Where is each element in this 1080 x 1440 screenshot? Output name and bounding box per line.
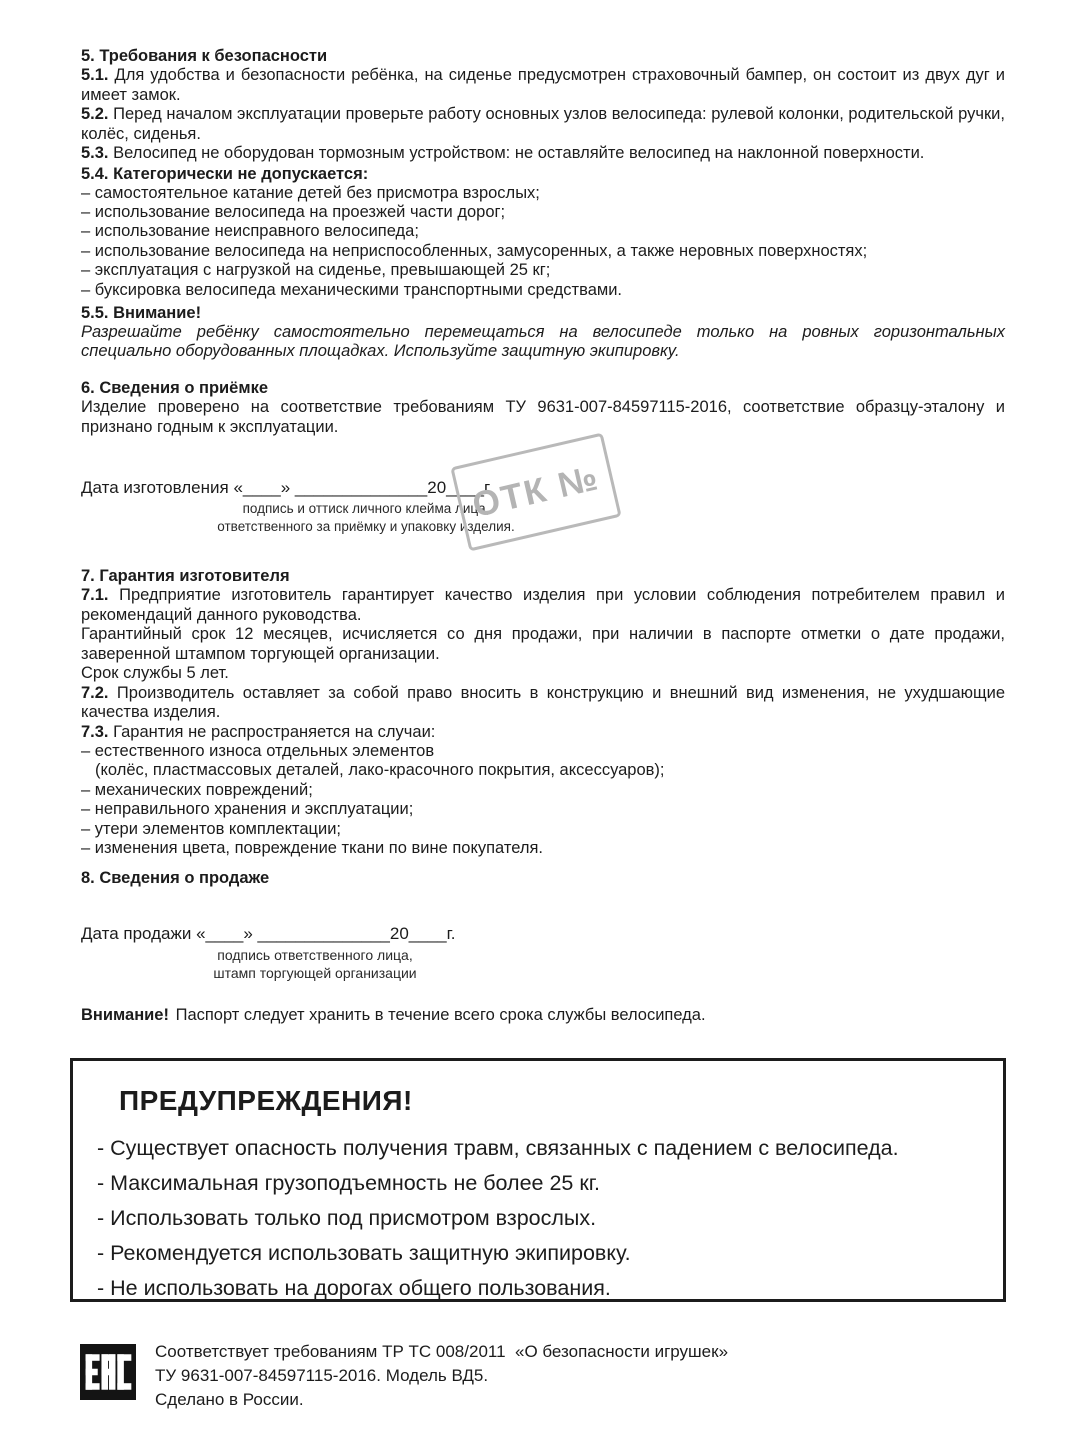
para-5-2-label: 5.2. [81, 105, 109, 123]
para-7-2: 7.2. Производитель оставляет за собой пр… [81, 684, 1005, 723]
list-item: – изменения цвета, повреждение ткани по … [81, 839, 1005, 858]
para-5-1-label: 5.1. [81, 66, 109, 84]
para-7-1-label: 7.1. [81, 586, 109, 604]
para-7-2-label: 7.2. [81, 684, 109, 702]
para-warranty-term: Гарантийный срок 12 месяцев, исчисляется… [81, 625, 1005, 664]
passport-notice: Внимание! Паспорт следует хранить в тече… [81, 1006, 1005, 1026]
section-6-heading: 6. Сведения о приёмке [81, 378, 1005, 398]
para-7-1: 7.1. Предприятие изготовитель гарантируе… [81, 586, 1005, 625]
para-5-2: 5.2. Перед началом эксплуатации проверьт… [81, 105, 1005, 144]
warning-item: - Рекомендуется использовать защитную эк… [97, 1236, 1003, 1271]
notice-label: Внимание! [81, 1006, 169, 1024]
section-8-heading: 8. Сведения о продаже [81, 868, 1005, 888]
para-5-3-label: 5.3. [81, 144, 109, 162]
warnings-list: - Существует опасность получения травм, … [97, 1131, 1003, 1306]
list-item: – механических повреждений; [81, 781, 1005, 800]
warranty-exclusions-list: – естественного износа отдельных элемент… [81, 742, 1005, 858]
warning-item: - Не использовать на дорогах общего поль… [97, 1271, 1003, 1306]
para-5-3: 5.3. Велосипед не оборудован тормозным у… [81, 144, 1005, 164]
list-item-continuation: (колёс, пластмассовых деталей, лако-крас… [81, 761, 1005, 780]
compliance-line-1: Соответствует требованиям ТР ТС 008/2011… [155, 1340, 728, 1364]
sale-date-caption: подпись ответственного лица, штамп торгу… [150, 946, 480, 982]
document-page: 5. Требования к безопасности 5.1. Для уд… [0, 0, 1080, 1440]
list-item: – эксплуатация с нагрузкой на сиденье, п… [81, 261, 1005, 280]
para-7-3-label: 7.3. [81, 723, 109, 741]
list-item: – использование неисправного велосипеда; [81, 222, 1005, 241]
sale-date-line: Дата продажи «____» ______________20____… [81, 924, 1005, 944]
compliance-line-3: Сделано в России. [155, 1388, 728, 1412]
para-6-body: Изделие проверено на соответствие требов… [81, 398, 1005, 437]
prohibited-list: – самостоятельное катание детей без прис… [81, 184, 1005, 300]
otk-stamp: ОТК № [450, 433, 621, 552]
para-5-5-note: Разрешайте ребёнку самостоятельно переме… [81, 323, 1005, 362]
list-item: – буксировка велосипеда механическими тр… [81, 281, 1005, 300]
otk-stamp-label: ОТК № [469, 458, 603, 526]
warning-item: - Использовать только под присмотром взр… [97, 1201, 1003, 1236]
list-item: – естественного износа отдельных элемент… [81, 742, 1005, 761]
compliance-line-2: ТУ 9631-007-84597115-2016. Модель ВД5. [155, 1364, 728, 1388]
para-service-life: Срок службы 5 лет. [81, 664, 1005, 684]
list-item: – самостоятельное катание детей без прис… [81, 184, 1005, 203]
warnings-box: ПРЕДУПРЕЖДЕНИЯ! - Существует опасность п… [70, 1058, 1006, 1302]
para-7-3: 7.3. Гарантия не распространяется на слу… [81, 723, 1005, 743]
warnings-title: ПРЕДУПРЕЖДЕНИЯ! [119, 1085, 1003, 1117]
section-7-heading: 7. Гарантия изготовителя [81, 566, 1005, 586]
section-safety-requirements: 5. Требования к безопасности 5.1. Для уд… [81, 46, 1005, 362]
warning-item: - Существует опасность получения травм, … [97, 1131, 1003, 1166]
para-5-1: 5.1. Для удобства и безопасности ребёнка… [81, 66, 1005, 105]
eac-logo [80, 1344, 136, 1400]
para-5-4-heading: 5.4. Категорически не допускается: [81, 164, 1005, 184]
list-item: – неправильного хранения и эксплуатации; [81, 800, 1005, 819]
compliance-text: Соответствует требованиям ТР ТС 008/2011… [155, 1340, 728, 1412]
section-acceptance: 6. Сведения о приёмке Изделие проверено … [81, 378, 1005, 437]
list-item: – использование велосипеда на неприспосо… [81, 242, 1005, 261]
list-item: – утери элементов комплектации; [81, 820, 1005, 839]
list-item: – использование велосипеда на проезжей ч… [81, 203, 1005, 222]
warning-item: - Максимальная грузоподъемность не более… [97, 1166, 1003, 1201]
section-5-heading: 5. Требования к безопасности [81, 46, 1005, 66]
section-warranty: 7. Гарантия изготовителя 7.1. Предприяти… [81, 566, 1005, 858]
para-5-5-heading: 5.5. Внимание! [81, 303, 1005, 323]
section-sale: 8. Сведения о продаже [81, 868, 1005, 888]
